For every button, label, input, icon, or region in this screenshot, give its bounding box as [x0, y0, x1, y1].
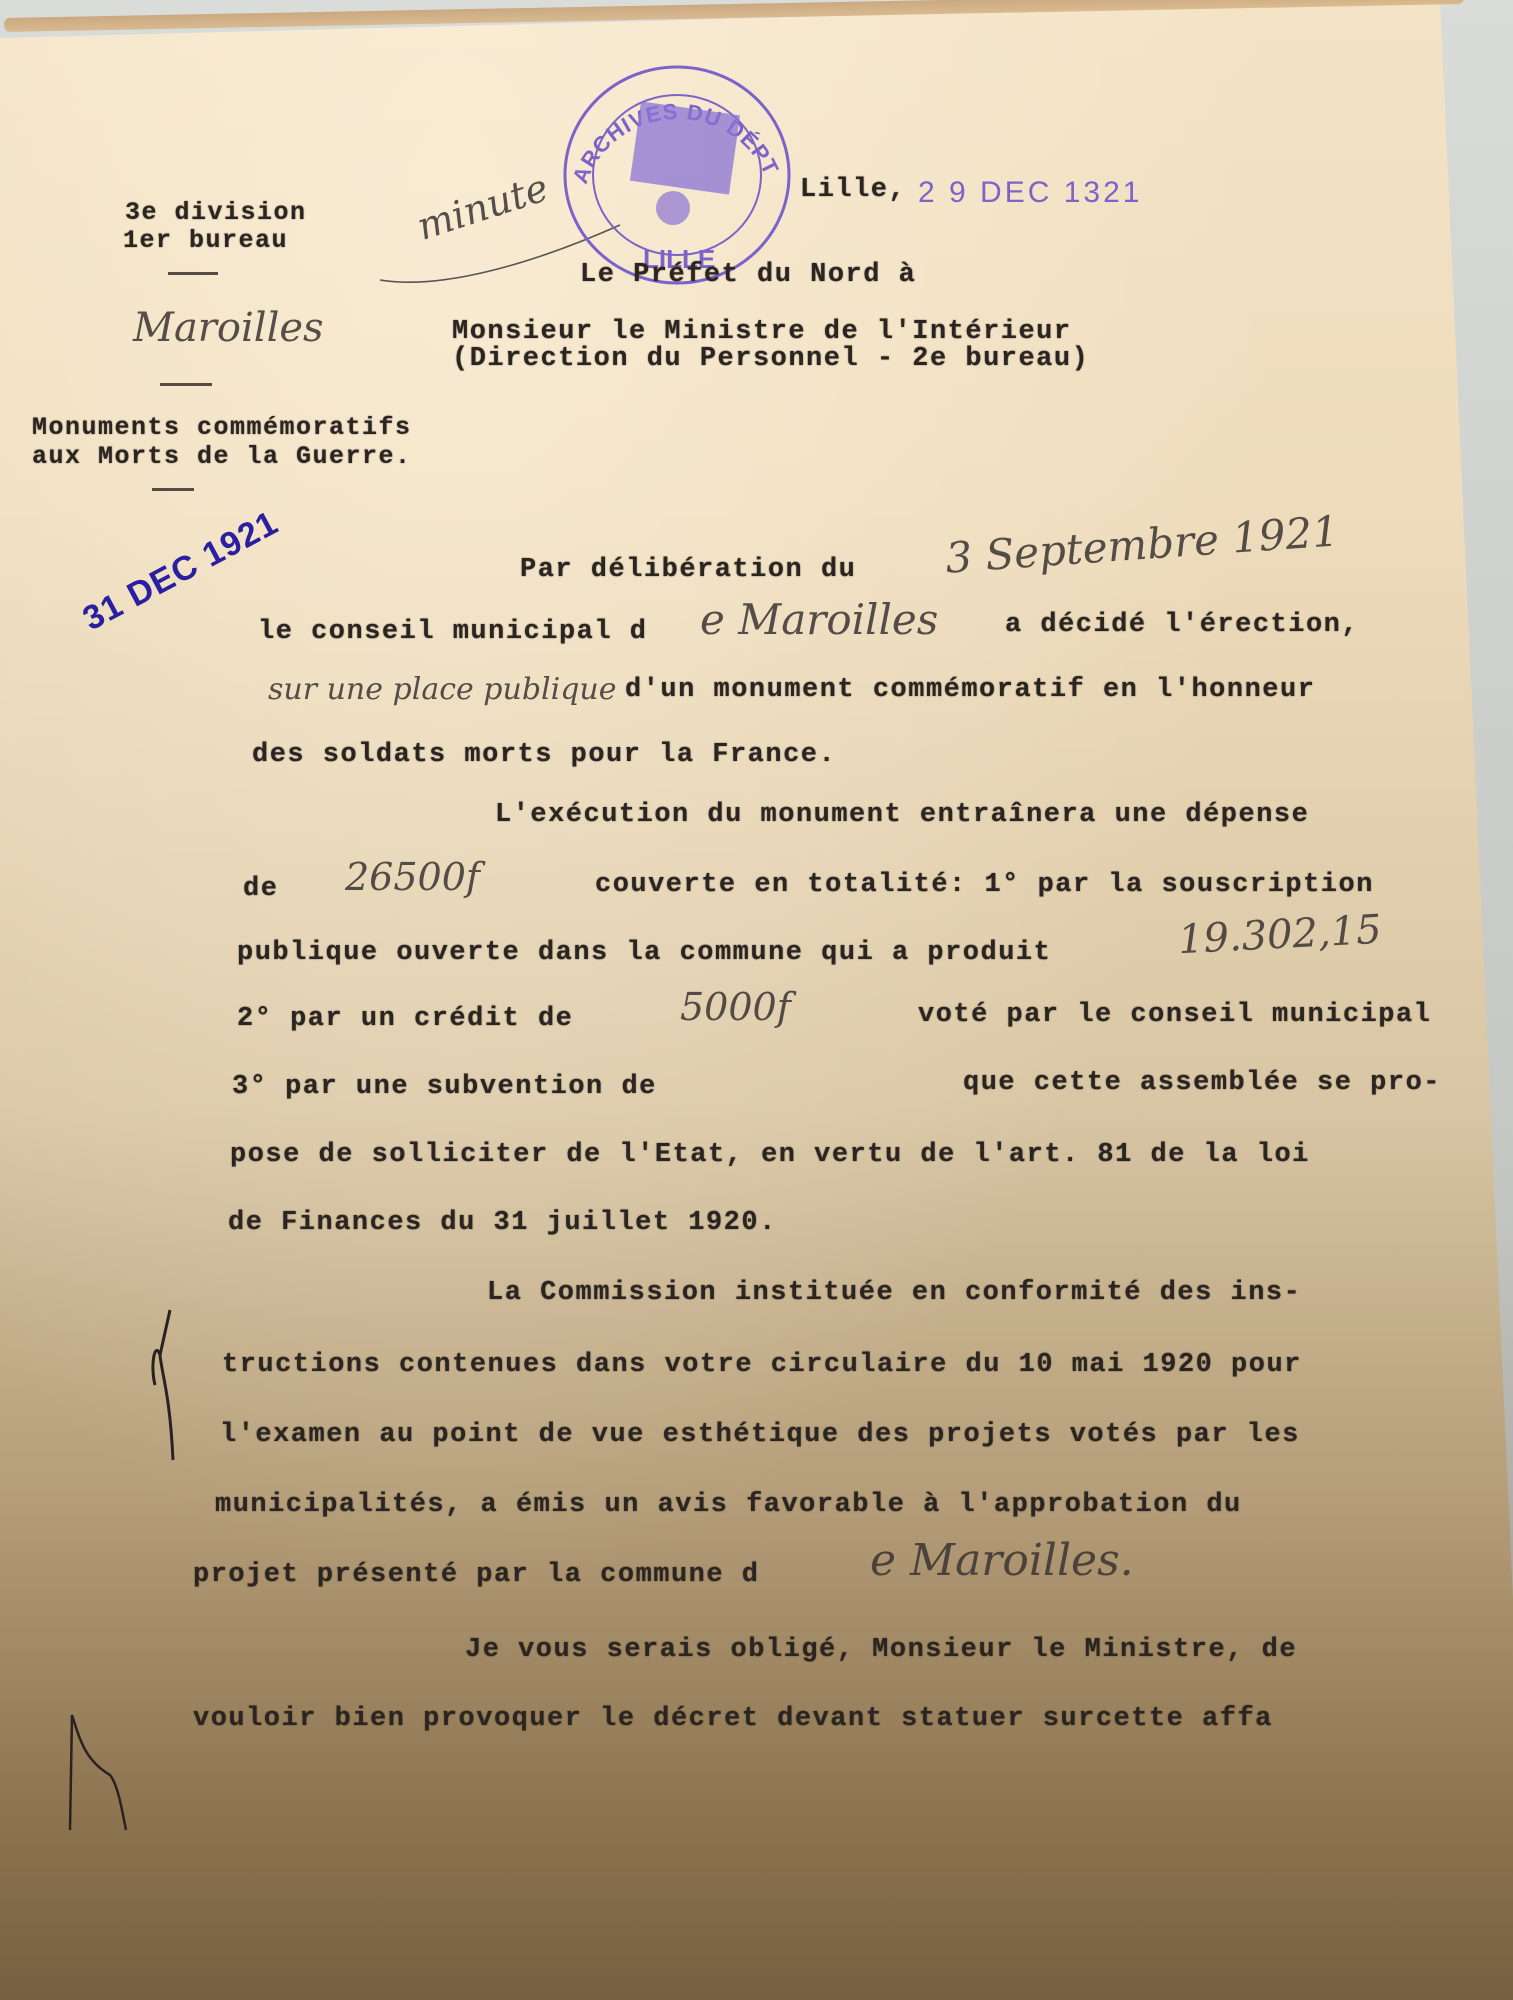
recipient-line-1: Monsieur le Ministre de l'Intérieur	[452, 317, 1072, 347]
p1-commune-handwritten: e Maroilles	[700, 595, 938, 644]
divider	[160, 383, 212, 386]
p2-line7: de Finances du 31 juillet 1920.	[228, 1208, 777, 1238]
p2-line6: pose de solliciter de l'Etat, en vertu d…	[230, 1140, 1310, 1170]
recipient-line-2: (Direction du Personnel - 2e bureau)	[452, 344, 1089, 374]
p2-amount-handwritten: 26500f	[345, 855, 480, 899]
p3-commune-handwritten: e Maroilles.	[870, 1535, 1134, 1586]
p1-line3: d'un monument commémoratif en l'honneur	[625, 675, 1315, 705]
divider	[168, 272, 218, 275]
p2-credit-handwritten: 5000f	[680, 985, 791, 1029]
p2-line4-start: 2° par un crédit de	[237, 1004, 573, 1034]
p2-line1: L'exécution du monument entraînera une d…	[495, 800, 1309, 830]
place-label: Lille,	[800, 175, 906, 205]
subject-line-1: Monuments commémoratifs	[32, 413, 412, 442]
archive-seal-icon: ARCHIVES DU DÉPT DU NORD LILLE	[555, 60, 800, 290]
p3-line4: municipalités, a émis un avis favorable …	[215, 1490, 1242, 1520]
p1-place-handwritten: sur une place publique	[268, 672, 617, 707]
sender-line: Le Préfet du Nord à	[580, 260, 916, 290]
p2-line4-end: voté par le conseil municipal	[918, 1000, 1431, 1030]
p3-line5: projet présenté par la commune d	[193, 1560, 759, 1590]
p1-line4: des soldats morts pour la France.	[252, 740, 836, 770]
bureau-label: 1er bureau	[123, 226, 288, 255]
p2-line5-start: 3° par une subvention de	[232, 1072, 657, 1102]
p1-line2-start: le conseil municipal d	[258, 617, 647, 647]
date-stamp: 2 9 DEC 1321	[918, 176, 1142, 210]
p2-line2-end: couverte en totalité: 1° par la souscrip…	[595, 870, 1374, 900]
p4-line2: vouloir bien provoquer le décret devant …	[193, 1704, 1273, 1734]
subject-line-2: aux Morts de la Guerre.	[32, 442, 412, 471]
divider	[152, 488, 194, 491]
p2-line2-start: de	[243, 874, 278, 904]
p3-line1: La Commission instituée en conformité de…	[487, 1278, 1301, 1308]
commune-handwritten: Maroilles	[133, 305, 324, 351]
p2-line5-end: que cette assemblée se pro-	[963, 1068, 1441, 1098]
p1-line2-end: a décidé l'érection,	[1005, 610, 1359, 640]
p3-line3: l'examen au point de vue esthétique des …	[220, 1420, 1300, 1450]
p2-line3: publique ouverte dans la commune qui a p…	[237, 938, 1051, 968]
p3-line2: tructions contenues dans votre circulair…	[222, 1350, 1302, 1380]
p4-line1: Je vous serais obligé, Monsieur le Minis…	[465, 1635, 1297, 1665]
handwritten-initial-b-icon	[50, 1710, 130, 1840]
p1-line1: Par délibération du	[520, 555, 856, 585]
division-label: 3e division	[125, 198, 307, 227]
handwritten-check-mark-icon	[140, 1305, 190, 1465]
